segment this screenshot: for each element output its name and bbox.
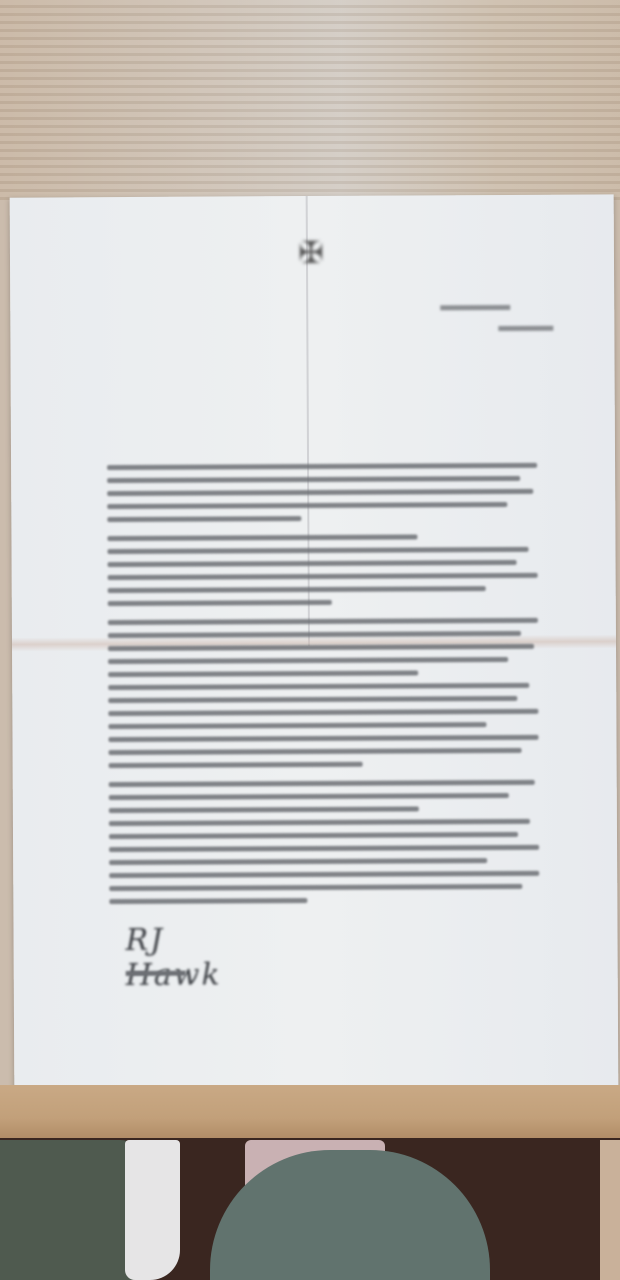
typed-signatory-name (126, 971, 186, 976)
paragraph-2 (107, 534, 537, 606)
text-line (109, 806, 419, 813)
text-line (108, 547, 529, 554)
text-line (107, 476, 520, 483)
text-line (109, 832, 518, 839)
text-line (108, 722, 486, 729)
text-line (108, 631, 521, 638)
text-line (107, 534, 417, 541)
text-line (107, 502, 507, 509)
text-line (109, 762, 363, 768)
letter-document: ✠ RJ Hawk (10, 194, 619, 1092)
text-line (108, 709, 538, 716)
text-line (109, 871, 539, 878)
text-line (108, 644, 534, 651)
text-line (109, 898, 307, 904)
text-line (109, 780, 535, 787)
text-line (108, 657, 508, 664)
text-line (108, 696, 517, 703)
text-line (109, 819, 530, 826)
text-line (108, 735, 538, 742)
white-object (125, 1140, 180, 1280)
address-block (440, 305, 580, 348)
text-line (109, 793, 509, 800)
text-line (108, 560, 517, 567)
text-line (108, 600, 332, 606)
letter-body (107, 463, 539, 918)
address-line (440, 305, 510, 310)
background-surface (0, 0, 620, 200)
coat-of-arms-icon: ✠ (276, 224, 346, 284)
table-leg (600, 1140, 620, 1280)
text-line (108, 586, 486, 593)
text-line (109, 858, 487, 865)
text-line (107, 463, 537, 470)
text-line (109, 884, 522, 891)
text-line (107, 489, 533, 496)
signature: RJ Hawk (125, 922, 255, 963)
wooden-table (0, 1085, 620, 1140)
text-line (109, 845, 539, 852)
text-line (108, 573, 538, 580)
text-line (109, 748, 522, 755)
paragraph-1 (107, 463, 537, 522)
text-line (108, 670, 418, 677)
paragraph-4 (109, 780, 540, 904)
text-line (108, 683, 529, 690)
address-line (498, 326, 553, 331)
paragraph-3 (108, 618, 539, 768)
text-line (108, 618, 538, 625)
text-line (107, 516, 301, 522)
